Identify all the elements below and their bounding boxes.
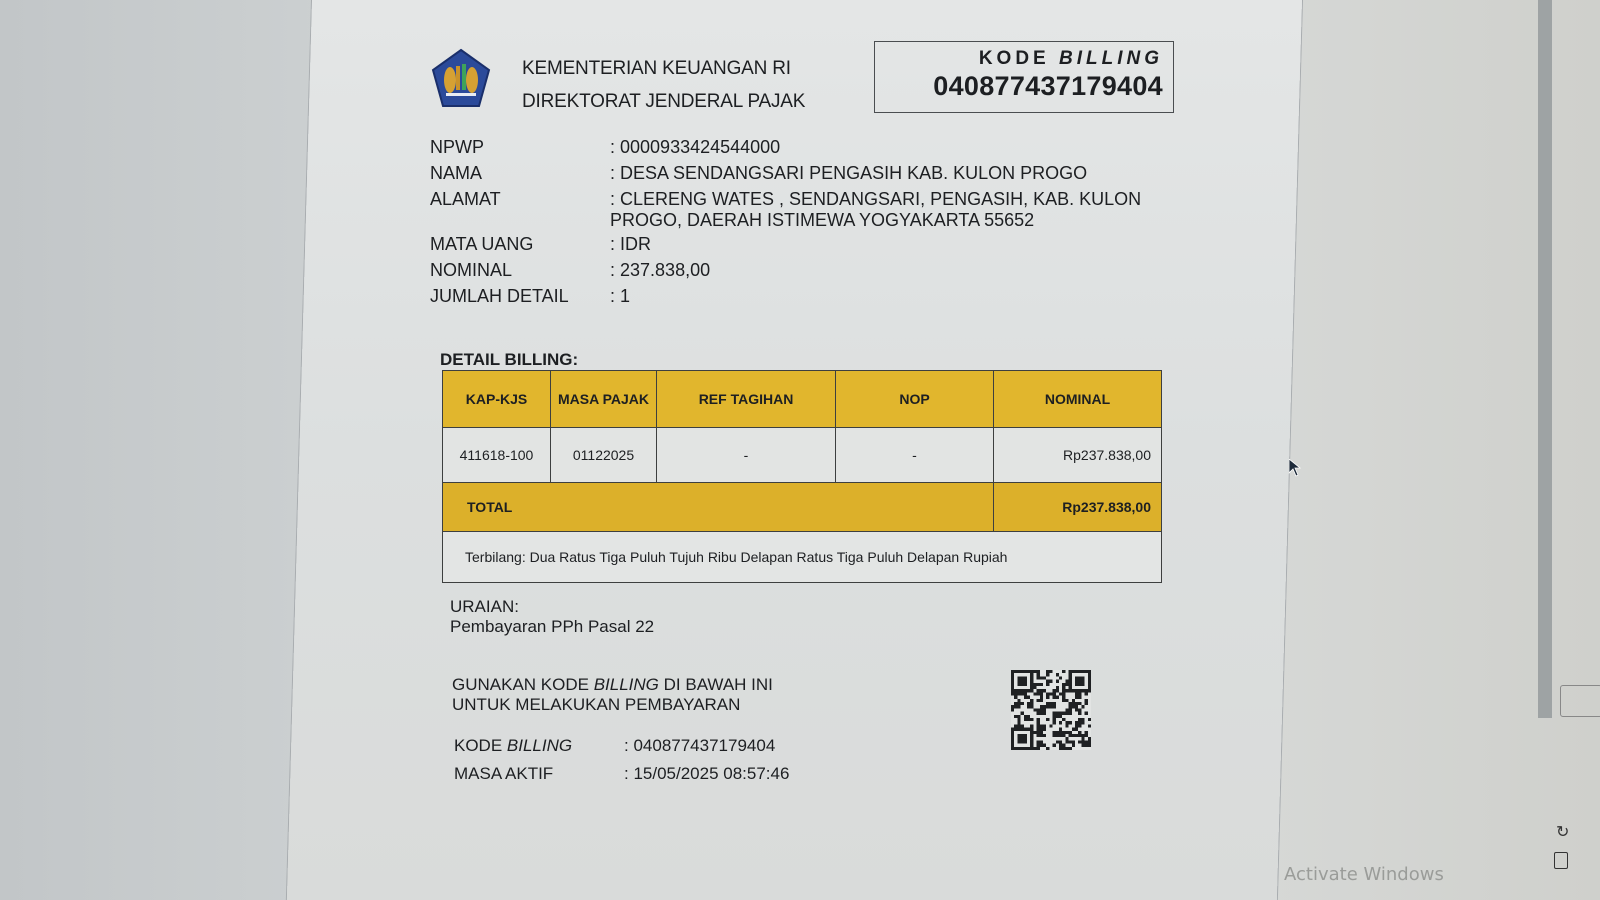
column-header-nominal: NOMINAL [994,371,1162,428]
masa-aktif-value: 15/05/2025 08:57:46 [624,760,789,788]
mouse-cursor-icon [1289,459,1301,477]
total-value: Rp237.838,00 [994,483,1162,532]
taxpayer-info: NPWP 0000933424544000 NAMA DESA SENDANGS… [430,134,1150,309]
billing-document: KEMENTERIAN KEUANGAN RI DIREKTORAT JENDE… [430,30,1190,830]
column-header-ref-tagihan: REF TAGIHAN [657,371,836,428]
info-row-nominal: NOMINAL 237.838,00 [430,257,1150,283]
total-row: TOTAL Rp237.838,00 [443,483,1162,532]
side-panel-button[interactable] [1560,685,1600,717]
terbilang-row: Terbilang: Dua Ratus Tiga Puluh Tujuh Ri… [443,532,1162,583]
terbilang-text: Terbilang: Dua Ratus Tiga Puluh Tujuh Ri… [443,532,1162,583]
organization-name: KEMENTERIAN KEUANGAN RI DIREKTORAT JENDE… [522,52,805,118]
scrollbar[interactable] [1538,0,1552,718]
cell-kap-kjs: 411618-100 [443,428,551,483]
uraian-value: Pembayaran PPh Pasal 22 [450,617,654,637]
kode-billing-label: KODE BILLING [875,48,1163,70]
desktop-background-left [0,0,330,900]
info-row-mata-uang: MATA UANG IDR [430,231,1150,257]
org-line-1: KEMENTERIAN KEUANGAN RI [522,52,805,85]
refresh-icon[interactable]: ↻ [1556,822,1569,842]
uraian-label: URAIAN: [450,597,654,617]
qr-code-icon [1010,670,1092,750]
cell-ref-tagihan: - [657,428,836,483]
column-header-kap-kjs: KAP-KJS [443,371,551,428]
billing-code-info: KODE BILLING 040877437179404 MASA AKTIF … [454,732,789,788]
info-row-alamat: ALAMAT CLERENG WATES , SENDANGSARI, PENG… [430,186,1150,231]
column-header-masa-pajak: MASA PAJAK [551,371,657,428]
total-label: TOTAL [443,483,994,532]
billing-detail-table: KAP-KJS MASA PAJAK REF TAGIHAN NOP NOMIN… [442,370,1162,583]
masa-aktif-row: MASA AKTIF 15/05/2025 08:57:46 [454,760,789,788]
kode-billing-box: KODE BILLING 040877437179404 [874,41,1174,113]
kemenkeu-logo-icon [430,48,492,110]
cell-masa-pajak: 01122025 [551,428,657,483]
table-row: 411618-100 01122025 - - Rp237.838,00 [443,428,1162,483]
instruction-line-2: UNTUK MELAKUKAN PEMBAYARAN [452,695,773,715]
info-row-nama: NAMA DESA SENDANGSARI PENGASIH KAB. KULO… [430,160,1150,186]
cell-nominal: Rp237.838,00 [994,428,1162,483]
org-line-2: DIREKTORAT JENDERAL PAJAK [522,85,805,118]
instruction-line-1: GUNAKAN KODE BILLING DI BAWAH INI [452,675,773,695]
column-header-nop: NOP [836,371,994,428]
kode-billing-value: 040877437179404 [875,71,1163,102]
info-row-jumlah-detail: JUMLAH DETAIL 1 [430,283,1150,309]
payment-instructions: GUNAKAN KODE BILLING DI BAWAH INI UNTUK … [452,675,773,715]
uraian-section: URAIAN: Pembayaran PPh Pasal 22 [450,597,654,637]
detail-billing-title: DETAIL BILLING: [440,350,578,370]
document-icon[interactable] [1554,852,1568,869]
info-row-npwp: NPWP 0000933424544000 [430,134,1150,160]
kode-billing-number: 040877437179404 [624,732,775,760]
activate-windows-watermark: Activate Windows [1284,864,1444,885]
kode-billing-row: KODE BILLING 040877437179404 [454,732,789,760]
cell-nop: - [836,428,994,483]
